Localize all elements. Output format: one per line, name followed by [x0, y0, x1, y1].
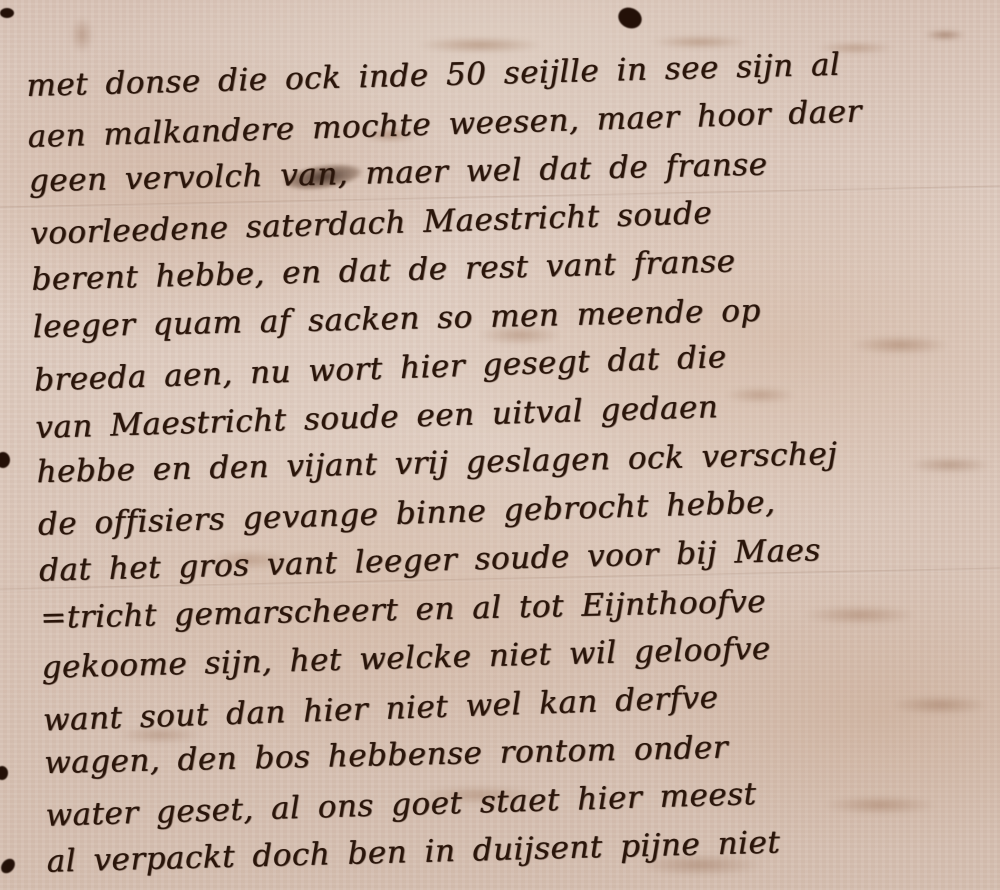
manuscript-text: met donse die ock inde 50 seijlle in see…	[26, 43, 997, 890]
letter-page: met donse die ock inde 50 seijlle in see…	[0, 0, 1000, 890]
edge-ink-mark	[0, 8, 14, 18]
